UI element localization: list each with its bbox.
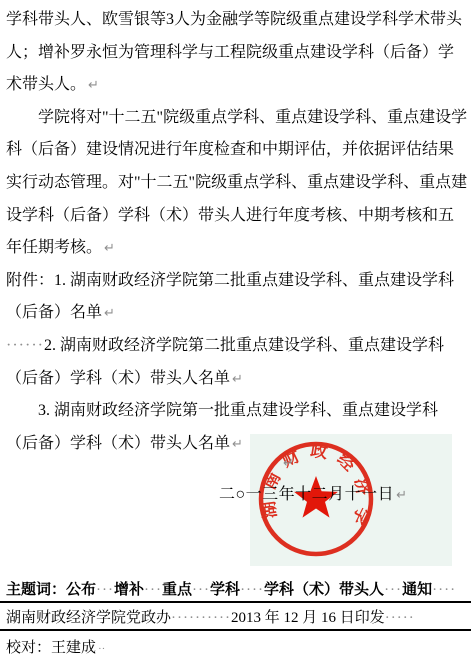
text-line-content: 实行动态管理。对"十二五"院级重点学科、重点建设学科、重点建 [6, 174, 467, 191]
text-line-content: 3. 湖南财政经济学院第一批重点建设学科、重点建设学科 [38, 402, 438, 419]
text-line: 人；增补罗永恒为管理科学与工程院级重点建设学科（后备）学 [6, 37, 468, 70]
paragraph-mark: ↵ [232, 372, 243, 387]
text-line: 附件：1. 湖南财政经济学院第二批重点建设学科、重点建设学科 [6, 265, 468, 298]
document-page: 学科带头人、欧雪银等3人为金融学等院级重点建设学科学术带头 人；增补罗永恒为管理… [0, 0, 471, 656]
text-line: 术带头人。↵ [6, 69, 468, 102]
formatting-mark: ·· [98, 643, 105, 655]
footer-segment: ··· [144, 582, 162, 598]
footer-segment: ··· [192, 582, 210, 598]
paragraph-mark: ↵ [396, 488, 407, 503]
text-line-content: 附件：1. 湖南财政经济学院第二批重点建设学科、重点建设学科 [6, 272, 454, 289]
date-line: 二○一三年十二月十一日↵ [219, 481, 408, 504]
text-line: 3. 湖南财政经济学院第一批重点建设学科、重点建设学科 [6, 395, 468, 428]
footer-keywords-row: 主题词：公布···增补···重点···学科····学科（术）带头人···通知··… [0, 575, 471, 603]
footer-segment: ···· [432, 582, 456, 598]
proofreader-text: 校对：王建成 [6, 640, 96, 656]
paragraph-mark: ↵ [104, 241, 115, 256]
space-dots: ······ [6, 337, 44, 354]
footer-segment: ···· [240, 582, 264, 598]
footer-segment: 重点 [162, 582, 192, 598]
document-body: 学科带头人、欧雪银等3人为金融学等院级重点建设学科学术带头 人；增补罗永恒为管理… [6, 4, 468, 460]
text-line-content: （后备）学科（术）带头人名单 [6, 435, 230, 452]
text-line: 科（后备）建设情况进行年度检查和中期评估，并依据评估结果 [6, 134, 468, 167]
text-line: （后备）名单↵ [6, 297, 468, 330]
text-line-content: 术带头人。 [6, 76, 86, 93]
footer-segment: ··· [96, 582, 114, 598]
text-line-content: （后备）名单 [6, 304, 102, 321]
footer-segment: ·········· [171, 610, 231, 626]
text-line-content: 设学科（后备）学科（术）带头人进行年度考核、中期考核和五 [6, 207, 454, 224]
text-line: 学科带头人、欧雪银等3人为金融学等院级重点建设学科学术带头 [6, 4, 468, 37]
footer-segment: 增补 [114, 582, 144, 598]
document-footer: 主题词：公布···增补···重点···学科····学科（术）带头人···通知··… [0, 575, 471, 656]
footer-segment: ····· [385, 610, 415, 626]
text-line-content: 2. 湖南财政经济学院第二批重点建设学科、重点建设学科 [44, 337, 444, 354]
footer-issuer-row: 湖南财政经济学院党政办··········2013 年 12 月 16 日印发·… [0, 603, 471, 631]
text-line: （后备）学科（术）带头人名单↵ [6, 363, 468, 396]
footer-segment: 学科（术）带头人 [264, 582, 384, 598]
text-line-content: 学院将对"十二五"院级重点学科、重点建设学科、重点建设学 [38, 109, 467, 126]
text-line-content: （后备）学科（术）带头人名单 [6, 370, 230, 387]
footer-segment: 湖南财政经济学院党政办 [6, 610, 171, 626]
text-line-content: 人；增补罗永恒为管理科学与工程院级重点建设学科（后备）学 [6, 44, 454, 61]
text-line: 设学科（后备）学科（术）带头人进行年度考核、中期考核和五 [6, 200, 468, 233]
paragraph-mark: ↵ [104, 306, 115, 321]
text-line: 学院将对"十二五"院级重点学科、重点建设学科、重点建设学 [6, 102, 468, 135]
text-line: 年任期考核。↵ [6, 232, 468, 265]
text-line-content: 科（后备）建设情况进行年度检查和中期评估，并依据评估结果 [6, 141, 454, 158]
footer-segment: 通知 [402, 582, 432, 598]
footer-segment: 学科 [210, 582, 240, 598]
paragraph-mark: ↵ [88, 78, 99, 93]
text-line: 实行动态管理。对"十二五"院级重点学科、重点建设学科、重点建 [6, 167, 468, 200]
footer-segment: 2013 年 12 月 16 日印发 [231, 610, 385, 626]
empty-paragraph-mark: ↵ [283, 456, 294, 471]
footer-segment: ··· [384, 582, 402, 598]
date-text: 二○一三年十二月十一日 [219, 486, 394, 503]
text-line: ······2. 湖南财政经济学院第二批重点建设学科、重点建设学科 [6, 330, 468, 363]
footer-proofreader-row: 校对：王建成·· [0, 631, 471, 656]
text-line-content: 学科带头人、欧雪银等3人为金融学等院级重点建设学科学术带头 [6, 11, 462, 28]
text-line-content: 年任期考核。 [6, 239, 102, 256]
footer-segment: 主题词：公布 [6, 582, 96, 598]
paragraph-mark: ↵ [232, 437, 243, 452]
